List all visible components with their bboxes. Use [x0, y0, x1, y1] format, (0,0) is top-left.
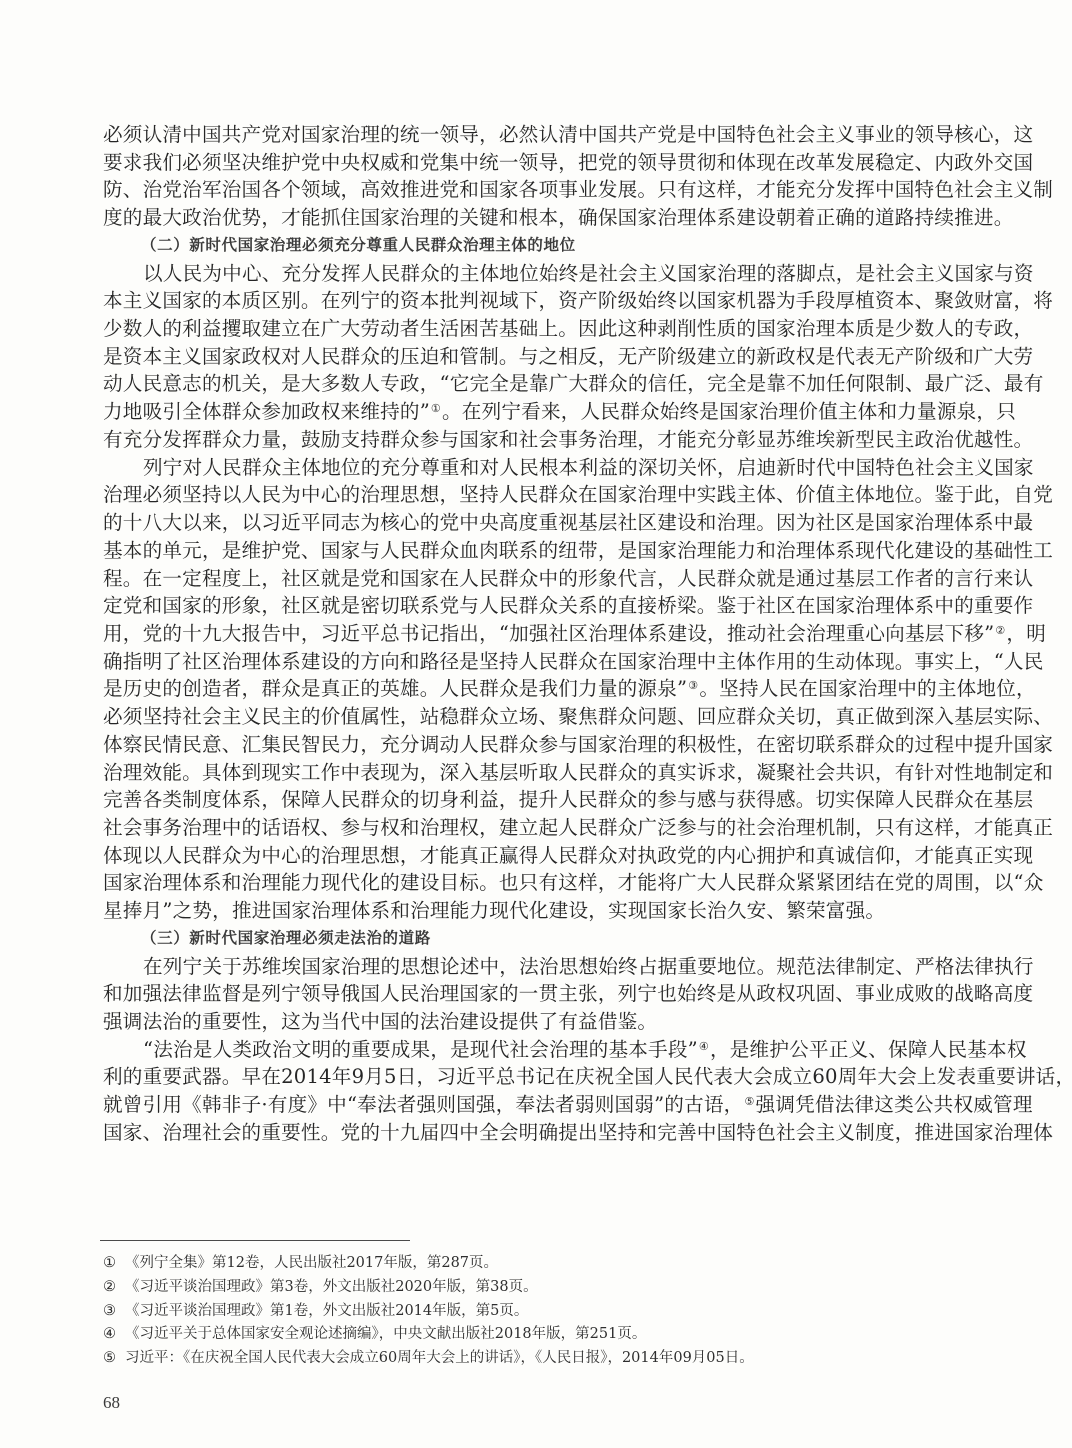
text-line: 程。在一定程度上，社区就是党和国家在人民群众中的形象代言，人民群众就是通过基层工… [103, 565, 975, 593]
line-text: 和加强法律监督是列宁领导俄国人民治理国家的一贯主张，列宁也始终是从政权巩固、事业… [103, 982, 1033, 1005]
line-text: 少数人的利益攫取建立在广大劳动者生活困苦基础上。因此这种剥削性质的国家治理本质是… [103, 317, 1033, 340]
line-text: 以人民为中心、充分发挥人民群众的主体地位始终是社会主义国家治理的落脚点，是社会主… [143, 262, 1034, 285]
footnote-text: 《列宁全集》第12卷，人民出版社2017年版，第287页。 [125, 1255, 498, 1271]
line-text: 利的重要武器。早在2014年9月5日，习近平总书记在庆祝全国人民代表大会成立60… [103, 1065, 1072, 1088]
line-text: 必须坚持社会主义民主的价值属性，站稳群众立场、聚焦群众问题、回应群众关切，真正做… [103, 705, 1053, 728]
footnote-text: 《习近平谈治国理政》第3卷，外文出版社2020年版，第38页。 [125, 1279, 538, 1295]
footnote-number: ③ [103, 1300, 125, 1324]
text-line: 就曾引用《韩非子·有度》中“奉法者强则国强，奉法者弱则国弱”的古语，⑤强调凭借法… [103, 1091, 975, 1119]
text-line: 体察民情民意、汇集民智民力，充分调动人民群众参与国家治理的积极性，在密切联系群众… [103, 731, 975, 759]
line-text: 的十八大以来，以习近平同志为核心的党中央高度重视基层社区建设和治理。因为社区是国… [103, 511, 1033, 534]
text-line: 防、治党治军治国各个领域，高效推进党和国家各项事业发展。只有这样，才能充分发挥中… [103, 176, 975, 204]
line-text-continued: ，明 [1006, 622, 1046, 645]
section-heading: （二）新时代国家治理必须充分尊重人民群众治理主体的地位 [103, 232, 975, 260]
text-line: 必须坚持社会主义民主的价值属性，站稳群众立场、聚焦群众问题、回应群众关切，真正做… [103, 703, 975, 731]
text-line: 社会事务治理中的话语权、参与权和治理权，建立起人民群众广泛参与的社会治理机制，只… [103, 814, 975, 842]
line-text: 要求我们必须坚决维护党中央权威和党集中统一领导，把党的领导贯彻和体现在改革发展稳… [103, 151, 1033, 174]
text-line: 定党和国家的形象，社区就是密切联系党与人民群众关系的直接桥梁。鉴于社区在国家治理… [103, 592, 975, 620]
text-line: 确指明了社区治理体系建设的方向和路径是坚持人民群众在国家治理中主体作用的生动体现… [103, 648, 975, 676]
line-text: 国家、治理社会的重要性。党的十九届四中全会明确提出坚持和完善中国特色社会主义制度… [103, 1121, 1053, 1144]
footnote-marker[interactable]: ① [431, 402, 441, 415]
line-text: 动人民意志的机关，是大多数人专政，“它完全是靠广大群众的信任，完全是靠不加任何限… [103, 372, 1044, 395]
text-line: 是资本主义国家政权对人民群众的压迫和管制。与之相反，无产阶级建立的新政权是代表无… [103, 343, 975, 371]
text-line: 强调法治的重要性，这为当代中国的法治建设提供了有益借鉴。 [103, 1008, 975, 1036]
footnote-marker[interactable]: ④ [699, 1040, 709, 1053]
line-text: 是资本主义国家政权对人民群众的压迫和管制。与之相反，无产阶级建立的新政权是代表无… [103, 345, 1033, 368]
document-page: 必须认清中国共产党对国家治理的统一领导，必然认清中国共产党是中国特色社会主义事业… [0, 0, 1072, 1448]
footnote-item: ②《习近平谈治国理政》第3卷，外文出版社2020年版，第38页。 [103, 1276, 983, 1300]
text-line: 治理必须坚持以人民为中心的治理思想，坚持人民群众在国家治理中实践主体、价值主体地… [103, 481, 975, 509]
line-text: 用，党的十九大报告中，习近平总书记指出，“加强社区治理体系建设，推动社会治理重心… [103, 622, 994, 645]
line-text: 治理效能。具体到现实工作中表现为，深入基层听取人民群众的真实诉求，凝聚社会共识，… [103, 761, 1053, 784]
line-text: 程。在一定程度上，社区就是党和国家在人民群众中的形象代言，人民群众就是通过基层工… [103, 567, 1033, 590]
line-text: 本主义国家的本质区别。在列宁的资本批判视域下，资产阶级始终以国家机器为手段厚植资… [103, 289, 1053, 312]
body-text: 必须认清中国共产党对国家治理的统一领导，必然认清中国共产党是中国特色社会主义事业… [103, 121, 975, 1147]
line-text: 度的最大政治优势，才能抓住国家治理的关键和根本，确保国家治理体系建设朝着正确的道… [103, 206, 1014, 229]
footnote-marker[interactable]: ⑤ [744, 1095, 754, 1108]
line-text: 是历史的创造者，群众是真正的英雄。人民群众是我们力量的源泉” [103, 677, 687, 700]
footnote-item: ①《列宁全集》第12卷，人民出版社2017年版，第287页。 [103, 1252, 983, 1276]
text-line: 体现以人民群众为中心的治理思想，才能真正赢得人民群众对执政党的内心拥护和真诚信仰… [103, 842, 975, 870]
footnote-text: 习近平：《在庆祝全国人民代表大会成立60周年大会上的讲话》，《人民日报》，201… [125, 1350, 754, 1366]
footnote-text: 《习近平关于总体国家安全观论述摘编》，中央文献出版社2018年版，第251页。 [125, 1326, 646, 1342]
line-text: 列宁对人民群众主体地位的充分尊重和对人民根本利益的深切关怀，启迪新时代中国特色社… [143, 456, 1034, 479]
footnote-item: ⑤习近平：《在庆祝全国人民代表大会成立60周年大会上的讲话》，《人民日报》，20… [103, 1347, 983, 1371]
line-text: 基本的单元，是维护党、国家与人民群众血肉联系的纽带，是国家治理能力和治理体系现代… [103, 539, 1053, 562]
footnotes: ①《列宁全集》第12卷，人民出版社2017年版，第287页。②《习近平谈治国理政… [103, 1252, 983, 1371]
text-line: 完善各类制度体系，保障人民群众的切身利益，提升人民群众的参与感与获得感。切实保障… [103, 786, 975, 814]
footnote-number: ⑤ [103, 1347, 125, 1371]
line-text: 强调法治的重要性，这为当代中国的法治建设提供了有益借鉴。 [103, 1010, 657, 1033]
line-text: 体察民情民意、汇集民智民力，充分调动人民群众参与国家治理的积极性，在密切联系群众… [103, 733, 1053, 756]
line-text: 治理必须坚持以人民为中心的治理思想，坚持人民群众在国家治理中实践主体、价值主体地… [103, 483, 1053, 506]
line-text: 完善各类制度体系，保障人民群众的切身利益，提升人民群众的参与感与获得感。切实保障… [103, 788, 1033, 811]
line-text-continued: 。在列宁看来，人民群众始终是国家治理价值主体和力量源泉，只 [442, 400, 1016, 423]
line-text: 确指明了社区治理体系建设的方向和路径是坚持人民群众在国家治理中主体作用的生动体现… [103, 650, 1044, 673]
text-line: 以人民为中心、充分发挥人民群众的主体地位始终是社会主义国家治理的落脚点，是社会主… [103, 260, 975, 288]
text-line: 本主义国家的本质区别。在列宁的资本批判视域下，资产阶级始终以国家机器为手段厚植资… [103, 287, 975, 315]
line-text: 力地吸引全体群众参加政权来维持的” [103, 400, 430, 423]
line-text-continued: 强调凭借法律这类公共权威管理 [756, 1093, 1033, 1116]
line-text: 体现以人民群众为中心的治理思想，才能真正赢得人民群众对执政党的内心拥护和真诚信仰… [103, 844, 1033, 867]
line-text: 就曾引用《韩非子·有度》中“奉法者强则国强，奉法者弱则国弱”的古语， [103, 1093, 743, 1116]
line-text: “法治是人类政治文明的重要成果，是现代社会治理的基本手段” [143, 1038, 698, 1061]
text-line: 有充分发挥群众力量，鼓励支持群众参与国家和社会事务治理，才能充分彰显苏维埃新型民… [103, 426, 975, 454]
section-heading: （三）新时代国家治理必须走法治的道路 [103, 925, 975, 953]
text-line: “法治是人类政治文明的重要成果，是现代社会治理的基本手段”④，是维护公平正义、保… [103, 1036, 975, 1064]
text-line: 国家、治理社会的重要性。党的十九届四中全会明确提出坚持和完善中国特色社会主义制度… [103, 1119, 975, 1147]
text-line: 基本的单元，是维护党、国家与人民群众血肉联系的纽带，是国家治理能力和治理体系现代… [103, 537, 975, 565]
line-text: 必须认清中国共产党对国家治理的统一领导，必然认清中国共产党是中国特色社会主义事业… [103, 123, 1033, 146]
page-number: 68 [103, 1393, 120, 1413]
line-text: 国家治理体系和治理能力现代化的建设目标。也只有这样，才能将广大人民群众紧紧团结在… [103, 871, 1044, 894]
footnote-item: ④《习近平关于总体国家安全观论述摘编》，中央文献出版社2018年版，第251页。 [103, 1323, 983, 1347]
text-line: 的十八大以来，以习近平同志为核心的党中央高度重视基层社区建设和治理。因为社区是国… [103, 509, 975, 537]
footnote-item: ③《习近平谈治国理政》第1卷，外文出版社2014年版，第5页。 [103, 1300, 983, 1324]
footnote-marker[interactable]: ③ [688, 679, 698, 692]
text-line: 度的最大政治优势，才能抓住国家治理的关键和根本，确保国家治理体系建设朝着正确的道… [103, 204, 975, 232]
text-line: 国家治理体系和治理能力现代化的建设目标。也只有这样，才能将广大人民群众紧紧团结在… [103, 869, 975, 897]
text-line: 动人民意志的机关，是大多数人专政，“它完全是靠广大群众的信任，完全是靠不加任何限… [103, 370, 975, 398]
text-line: 治理效能。具体到现实工作中表现为，深入基层听取人民群众的真实诉求，凝聚社会共识，… [103, 759, 975, 787]
line-text: （三）新时代国家治理必须走法治的道路 [141, 929, 431, 947]
line-text: 社会事务治理中的话语权、参与权和治理权，建立起人民群众广泛参与的社会治理机制，只… [103, 816, 1053, 839]
text-line: 利的重要武器。早在2014年9月5日，习近平总书记在庆祝全国人民代表大会成立60… [103, 1063, 975, 1091]
line-text: 定党和国家的形象，社区就是密切联系党与人民群众关系的直接桥梁。鉴于社区在国家治理… [103, 594, 1033, 617]
text-line: 是历史的创造者，群众是真正的英雄。人民群众是我们力量的源泉”③。坚持人民在国家治… [103, 675, 975, 703]
text-line: 和加强法律监督是列宁领导俄国人民治理国家的一贯主张，列宁也始终是从政权巩固、事业… [103, 980, 975, 1008]
footnote-number: ② [103, 1276, 125, 1300]
text-line: 用，党的十九大报告中，习近平总书记指出，“加强社区治理体系建设，推动社会治理重心… [103, 620, 975, 648]
text-line: 在列宁关于苏维埃国家治理的思想论述中，法治思想始终占据重要地位。规范法律制定、严… [103, 953, 975, 981]
text-line: 必须认清中国共产党对国家治理的统一领导，必然认清中国共产党是中国特色社会主义事业… [103, 121, 975, 149]
text-line: 星捧月”之势，推进国家治理体系和治理能力现代化建设，实现国家长治久安、繁荣富强。 [103, 897, 975, 925]
line-text-continued: 。坚持人民在国家治理中的主体地位， [699, 677, 1036, 700]
footnote-marker[interactable]: ② [995, 624, 1005, 637]
line-text: 有充分发挥群众力量，鼓励支持群众参与国家和社会事务治理，才能充分彰显苏维埃新型民… [103, 428, 1033, 451]
footnote-divider [100, 1240, 410, 1241]
line-text-continued: ，是维护公平正义、保障人民基本权 [710, 1038, 1027, 1061]
footnote-text: 《习近平谈治国理政》第1卷，外文出版社2014年版，第5页。 [125, 1303, 528, 1319]
text-line: 列宁对人民群众主体地位的充分尊重和对人民根本利益的深切关怀，启迪新时代中国特色社… [103, 454, 975, 482]
footnote-number: ① [103, 1252, 125, 1276]
line-text: 在列宁关于苏维埃国家治理的思想论述中，法治思想始终占据重要地位。规范法律制定、严… [143, 955, 1034, 978]
text-line: 要求我们必须坚决维护党中央权威和党集中统一领导，把党的领导贯彻和体现在改革发展稳… [103, 149, 975, 177]
line-text: 星捧月”之势，推进国家治理体系和治理能力现代化建设，实现国家长治久安、繁荣富强。 [103, 899, 885, 922]
line-text: （二）新时代国家治理必须充分尊重人民群众治理主体的地位 [141, 236, 576, 254]
footnote-number: ④ [103, 1323, 125, 1347]
text-line: 力地吸引全体群众参加政权来维持的”①。在列宁看来，人民群众始终是国家治理价值主体… [103, 398, 975, 426]
line-text: 防、治党治军治国各个领域，高效推进党和国家各项事业发展。只有这样，才能充分发挥中… [103, 178, 1053, 201]
text-line: 少数人的利益攫取建立在广大劳动者生活困苦基础上。因此这种剥削性质的国家治理本质是… [103, 315, 975, 343]
